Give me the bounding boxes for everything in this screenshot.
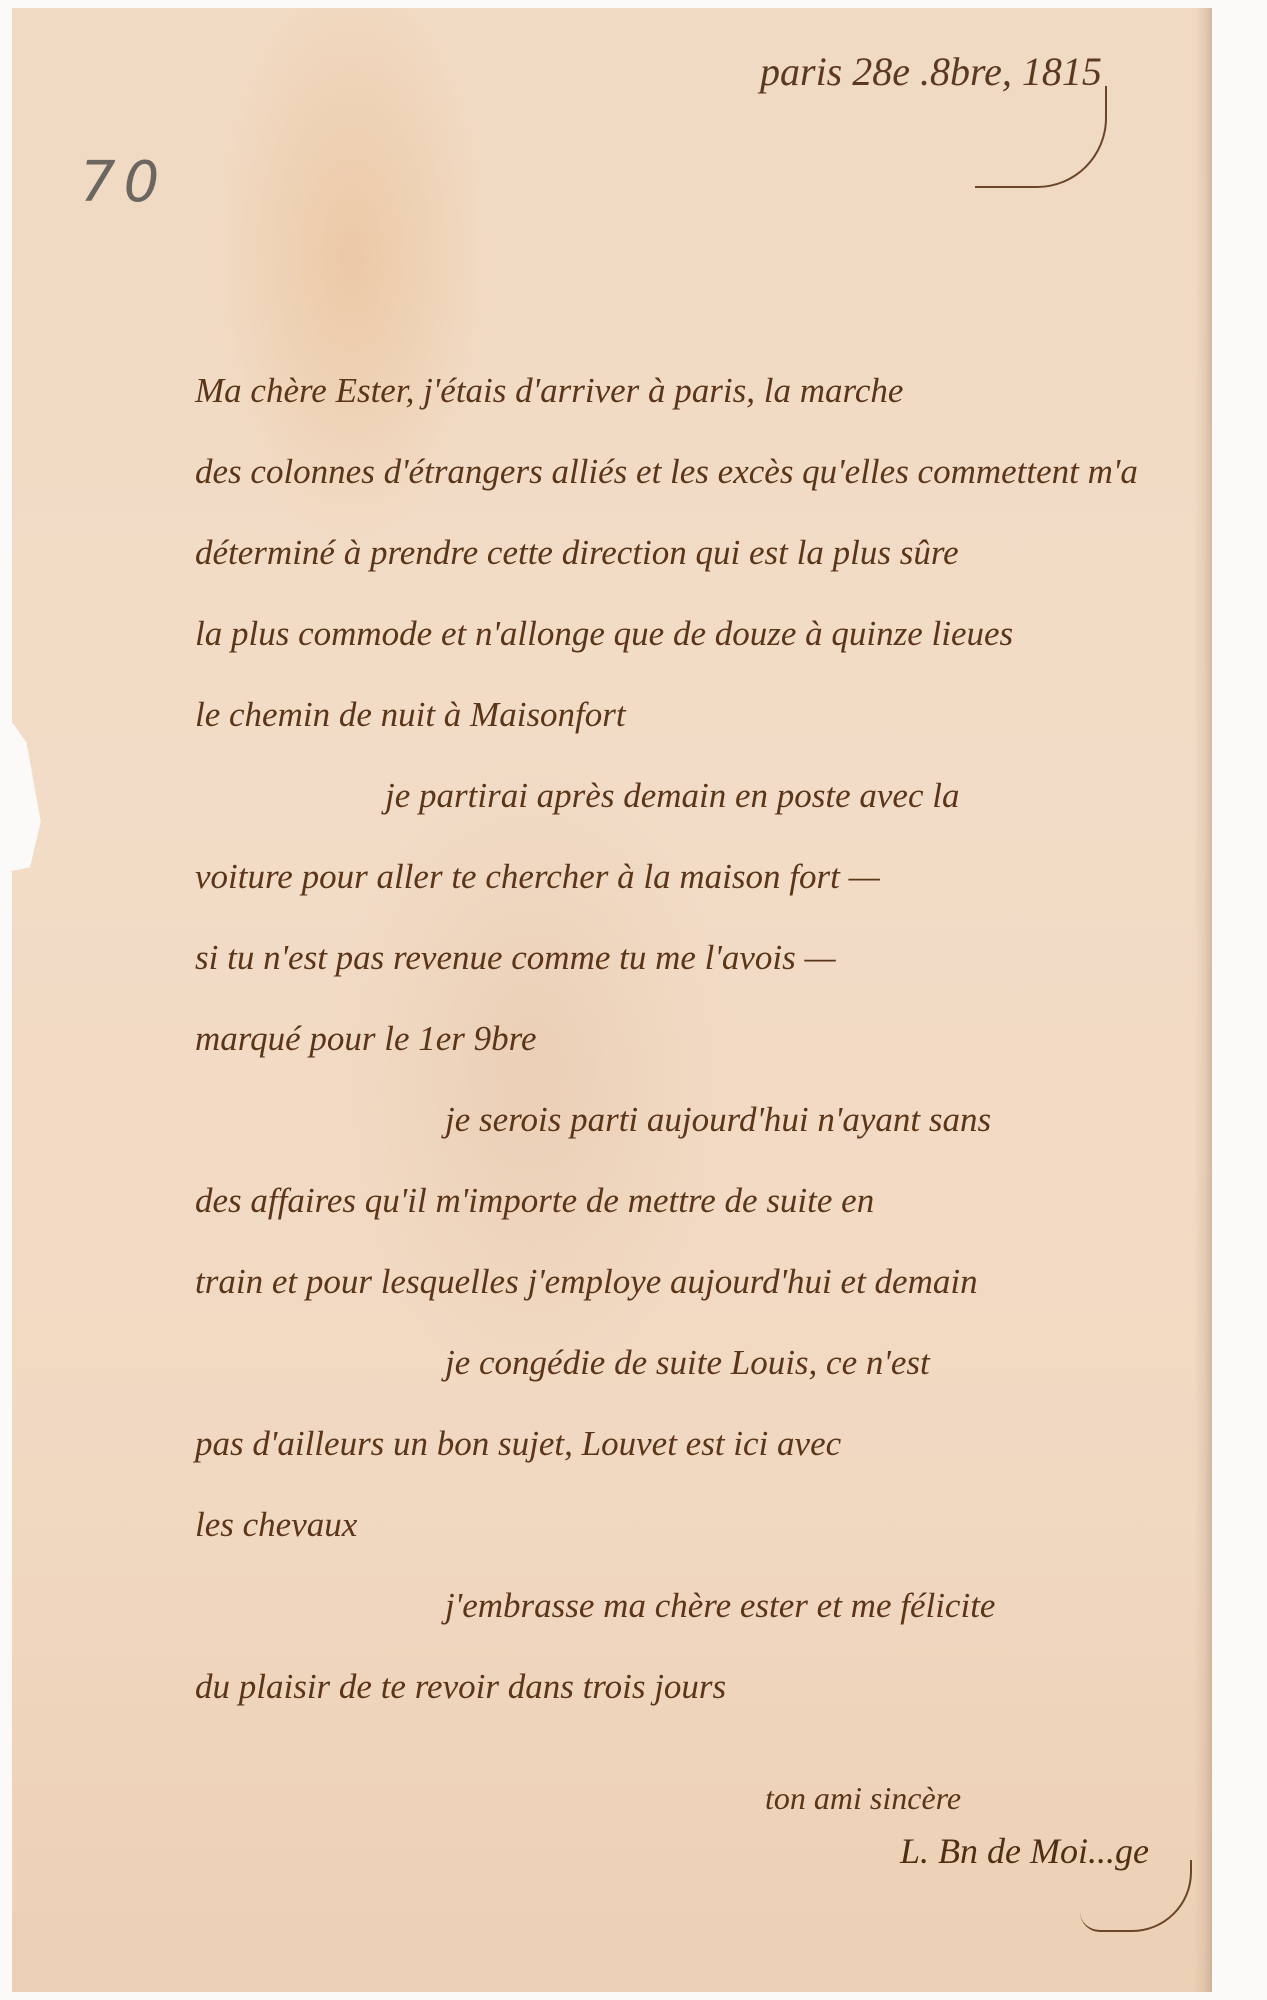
letter-line: du plaisir de te revoir dans trois jours	[195, 1646, 1235, 1727]
letter-body: Ma chère Ester, j'étais d'arriver à pari…	[195, 350, 1235, 1727]
letter-line: voiture pour aller te chercher à la mais…	[195, 836, 1235, 917]
letter-line: pas d'ailleurs un bon sujet, Louvet est …	[195, 1403, 1235, 1484]
letter-line: train et pour lesquelles j'employe aujou…	[195, 1241, 1235, 1322]
dateline: paris 28e .8bre, 1815	[760, 48, 1102, 95]
letter-line: si tu n'est pas revenue comme tu me l'av…	[195, 917, 1235, 998]
letter-line: marqué pour le 1er 9bre	[195, 998, 1235, 1079]
letter-line: des affaires qu'il m'importe de mettre d…	[195, 1160, 1235, 1241]
letter-line: les chevaux	[195, 1484, 1235, 1565]
letter-line: déterminé à prendre cette direction qui …	[195, 512, 1235, 593]
letter-line: Ma chère Ester, j'étais d'arriver à pari…	[195, 350, 1235, 431]
letter-line: je partirai après demain en poste avec l…	[195, 755, 1235, 836]
letter-line: la plus commode et n'allonge que de douz…	[195, 593, 1235, 674]
folio-number: 70	[80, 150, 167, 215]
letter-line: je congédie de suite Louis, ce n'est	[195, 1322, 1235, 1403]
letter-line: des colonnes d'étrangers alliés et les e…	[195, 431, 1235, 512]
letter-line: je serois parti aujourd'hui n'ayant sans	[195, 1079, 1235, 1160]
closing: ton ami sincère	[765, 1780, 961, 1817]
letter-line: j'embrasse ma chère ester et me félicite	[195, 1565, 1235, 1646]
letter-line: le chemin de nuit à Maisonfort	[195, 674, 1235, 755]
